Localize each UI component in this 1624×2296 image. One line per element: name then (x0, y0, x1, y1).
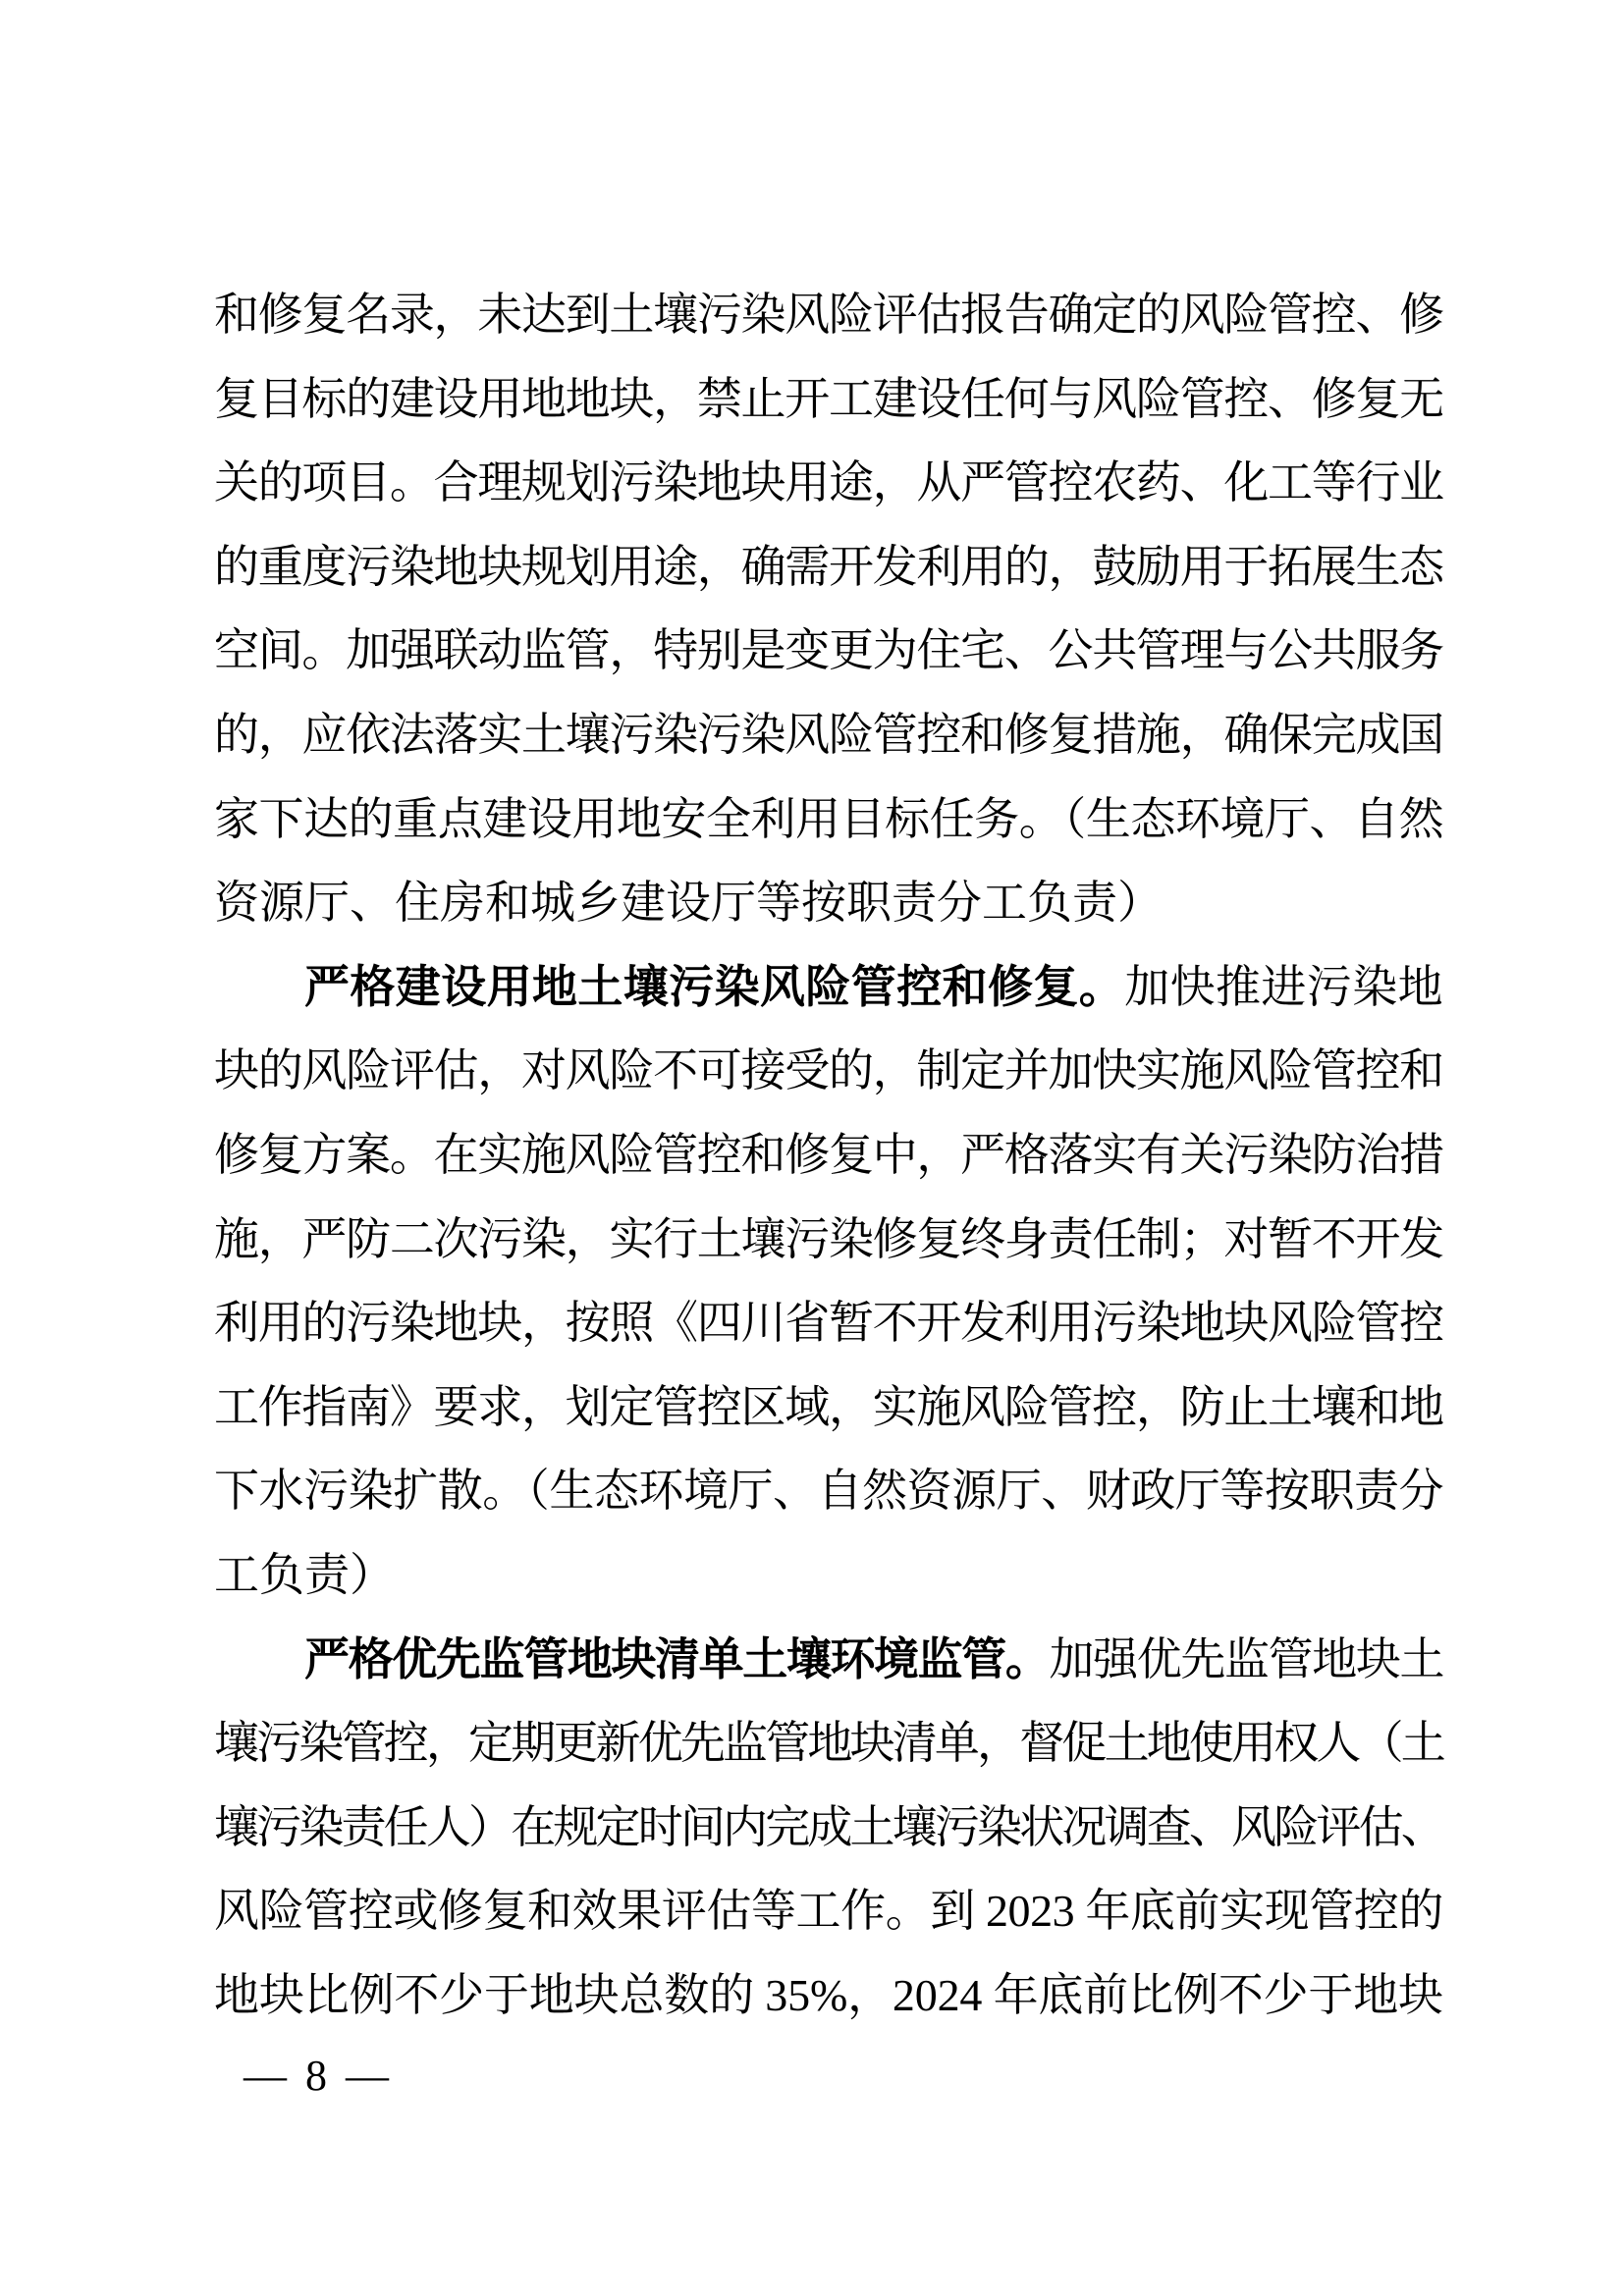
text-run: 壤污染责任人）在规定时间内完成土壤污染状况调查、风险评估、 (214, 1802, 1443, 1852)
text-line: 工作指南》要求，划定管控区域，实施风险管控，防止土壤和地 (214, 1365, 1443, 1450)
text-run: 家下达的重点建设用地安全利用目标任务。（生态环境厅、自然 (214, 794, 1443, 844)
text-line: 下水污染扩散。（生态环境厅、自然资源厅、财政厅等按职责分 (214, 1449, 1443, 1533)
text-line: 风险管控或修复和效果评估等工作。到 2023 年底前实现管控的 (214, 1869, 1443, 1953)
text-run: 资源厅、住房和城乡建设厅等按职责分工负责） (214, 878, 1163, 928)
text-line: 关的项目。合理规划污染地块用途，从严管控农药、化工等行业 (214, 441, 1443, 525)
text-line: 工负责） (214, 1533, 1443, 1618)
text-line: 壤污染管控，定期更新优先监管地块清单，督促土地使用权人（土 (214, 1701, 1443, 1786)
text-run: 工作指南》要求，划定管控区域，实施风险管控，防止土壤和地 (214, 1382, 1443, 1432)
text-run: 和修复名录，未达到土壤污染风险评估报告确定的风险管控、修 (214, 290, 1443, 340)
text-line: 复目标的建设用地地块，禁止开工建设任何与风险管控、修复无 (214, 357, 1443, 442)
text-line: 空间。加强联动监管，特别是变更为住宅、公共管理与公共服务 (214, 609, 1443, 693)
text-run: 下水污染扩散。（生态环境厅、自然资源厅、财政厅等按职责分 (214, 1466, 1443, 1516)
page-number-footer: — 8 — (244, 2034, 393, 2117)
text-line: 资源厅、住房和城乡建设厅等按职责分工负责） (214, 861, 1443, 945)
text-run: 工负责） (214, 1550, 395, 1600)
text-run: 空间。加强联动监管，特别是变更为住宅、公共管理与公共服务 (214, 625, 1443, 675)
text-run: 利用的污染地块，按照《四川省暂不开发利用污染地块风险管控 (214, 1298, 1443, 1348)
text-run: 地块比例不少于地块总数的 35%，2024 年底前比例不少于地块 (214, 1970, 1443, 2020)
text-run: 复目标的建设用地地块，禁止开工建设任何与风险管控、修复无 (214, 374, 1443, 424)
text-line: 严格建设用地土壤污染风险管控和修复。加快推进污染地 (214, 945, 1443, 1030)
text-line: 严格优先监管地块清单土壤环境监管。加强优先监管地块土 (214, 1618, 1443, 1702)
text-line: 施，严防二次污染，实行土壤污染修复终身责任制；对暂不开发 (214, 1198, 1443, 1282)
text-run: 施，严防二次污染，实行土壤污染修复终身责任制；对暂不开发 (214, 1214, 1443, 1264)
text-line: 利用的污染地块，按照《四川省暂不开发利用污染地块风险管控 (214, 1281, 1443, 1365)
text-line: 修复方案。在实施风险管控和修复中，严格落实有关污染防治措 (214, 1113, 1443, 1198)
bold-lead: 严格优先监管地块清单土壤环境监管。 (304, 1633, 1050, 1684)
text-line: 的，应依法落实土壤污染污染风险管控和修复措施，确保完成国 (214, 693, 1443, 777)
text-run: 关的项目。合理规划污染地块用途，从严管控农药、化工等行业 (214, 457, 1443, 507)
text-run: 修复方案。在实施风险管控和修复中，严格落实有关污染防治措 (214, 1130, 1443, 1180)
text-line: 块的风险评估，对风险不可接受的，制定并加快实施风险管控和 (214, 1029, 1443, 1113)
text-run: 块的风险评估，对风险不可接受的，制定并加快实施风险管控和 (214, 1045, 1443, 1095)
text-run: 风险管控或修复和效果评估等工作。到 2023 年底前实现管控的 (214, 1886, 1443, 1936)
bold-lead: 严格建设用地土壤污染风险管控和修复。 (304, 961, 1124, 1012)
text-line: 的重度污染地块规划用途，确需开发利用的，鼓励用于拓展生态 (214, 525, 1443, 610)
text-line: 壤污染责任人）在规定时间内完成土壤污染状况调查、风险评估、 (214, 1786, 1443, 1870)
text-run: 加快推进污染地 (1124, 962, 1443, 1012)
text-run: 加强优先监管地块土 (1050, 1634, 1444, 1684)
text-run: 的重度污染地块规划用途，确需开发利用的，鼓励用于拓展生态 (214, 542, 1443, 592)
text-line: 地块比例不少于地块总数的 35%，2024 年底前比例不少于地块 (214, 1953, 1443, 2038)
text-line: 家下达的重点建设用地安全利用目标任务。（生态环境厅、自然 (214, 777, 1443, 862)
text-run: 的，应依法落实土壤污染污染风险管控和修复措施，确保完成国 (214, 710, 1443, 760)
document-page: 和修复名录，未达到土壤污染风险评估报告确定的风险管控、修复目标的建设用地地块，禁… (0, 0, 1624, 2296)
document-body: 和修复名录，未达到土壤污染风险评估报告确定的风险管控、修复目标的建设用地地块，禁… (214, 273, 1443, 2037)
text-run: 壤污染管控，定期更新优先监管地块清单，督促土地使用权人（土 (214, 1718, 1443, 1768)
text-line: 和修复名录，未达到土壤污染风险评估报告确定的风险管控、修 (214, 273, 1443, 357)
